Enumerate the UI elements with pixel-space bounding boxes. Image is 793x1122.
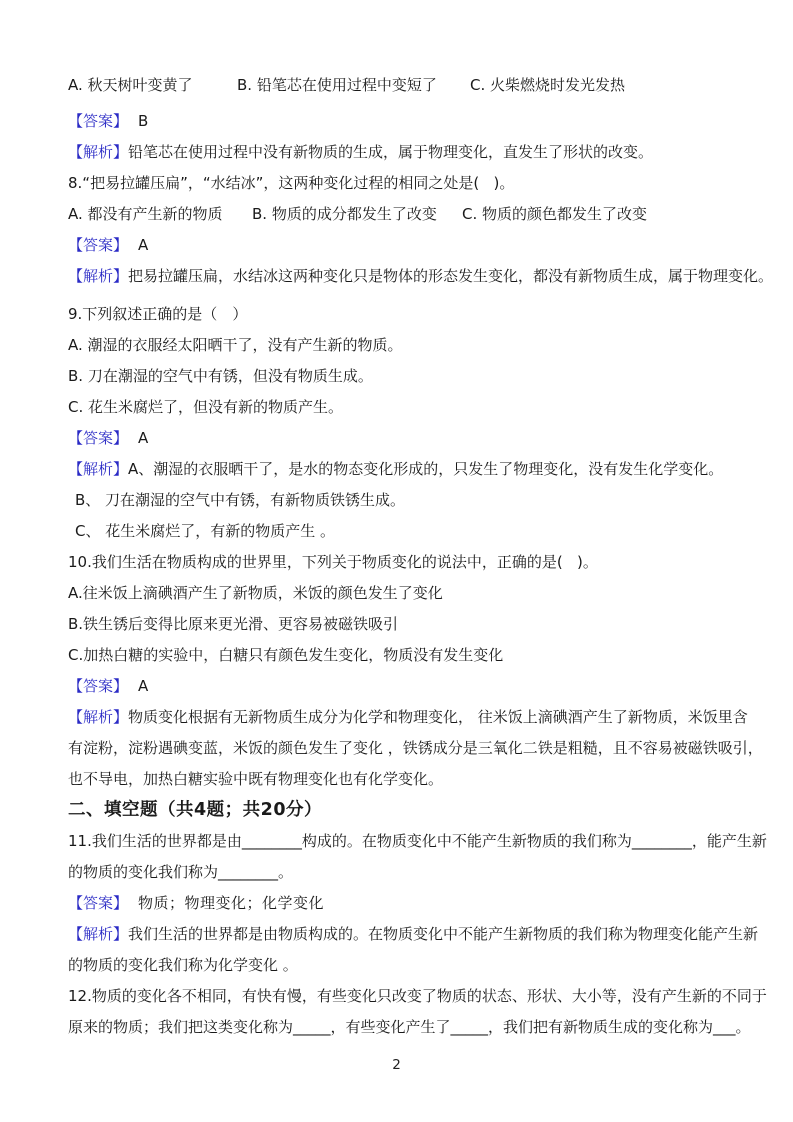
q9-option-c: C. 花生米腐烂了，但没有新的物质产生。 <box>68 392 793 423</box>
q9-stem: 9.下列叙述正确的是（ ） <box>68 299 793 330</box>
q9-analysis-text-a: A、潮湿的衣服晒干了，是水的物态变化形成的，只发生了物理变化，没有发生化学变化。 <box>128 460 723 478</box>
section2-heading: 二、填空题（共4题；共20分） <box>68 795 793 826</box>
q7-options-row: A. 秋天树叶变黄了 B. 铅笔芯在使用过程中变短了 C. 火柴燃烧时发光发热 <box>68 70 793 101</box>
q9-answer-value: A <box>138 429 149 447</box>
q9-analysis-line-a: 【解析】A、潮湿的衣服晒干了，是水的物态变化形成的，只发生了物理变化，没有发生化… <box>68 454 793 485</box>
q11-answer-label: 【答案】 <box>68 894 128 912</box>
q7-analysis-line: 【解析】铅笔芯在使用过程中没有新物质的生成，属于物理变化，直发生了形状的改变。 <box>68 137 793 168</box>
q10-option-a: A.往米饭上滴碘酒产生了新物质，米饭的颜色发生了变化 <box>68 578 793 609</box>
q8-answer-value: A <box>138 236 149 254</box>
q10-answer-label: 【答案】 <box>68 677 128 695</box>
q8-options-row: A. 都没有产生新的物质 B. 物质的成分都发生了改变 C. 物质的颜色都发生了… <box>68 199 793 230</box>
q8-analysis-line: 【解析】把易拉罐压扁，水结冰这两种变化只是物体的形态发生变化，都没有新物质生成，… <box>68 261 793 292</box>
q12-stem-line-1: 12.物质的变化各不相同，有快有慢，有些变化只改变了物质的状态、形状、大小等，没… <box>68 981 793 1012</box>
q9-analysis-line-c: C、 花生米腐烂了，有新的物质产生 。 <box>68 516 793 547</box>
q10-stem: 10.我们生活在物质构成的世界里，下列关于物质变化的说法中，正确的是( )。 <box>68 547 793 578</box>
q8-analysis-text: 把易拉罐压扁，水结冰这两种变化只是物体的形态发生变化，都没有新物质生成，属于物理… <box>128 267 773 285</box>
q11-analysis-line-2: 的物质的变化我们称为化学变化 。 <box>68 950 793 981</box>
q7-answer-label: 【答案】 <box>68 112 128 130</box>
q10-option-b: B.铁生锈后变得比原来更光滑、更容易被磁铁吸引 <box>68 609 793 640</box>
q9-answer-label: 【答案】 <box>68 429 128 447</box>
q9-analysis-label: 【解析】 <box>68 460 128 478</box>
q12-stem-line-2: 原来的物质；我们把这类变化称为_____，有些变化产生了_____，我们把有新物… <box>68 1012 793 1043</box>
q10-analysis-line-3: 也不导电，加热白糖实验中既有物理变化也有化学变化。 <box>68 764 793 795</box>
q9-option-b: B. 刀在潮湿的空气中有锈，但没有物质生成。 <box>68 361 793 392</box>
q8-answer-line: 【答案】A <box>68 230 793 261</box>
q11-analysis-label: 【解析】 <box>68 925 128 943</box>
q11-analysis-text-1: 我们生活的世界都是由物质构成的。在物质变化中不能产生新物质的我们称为物理变化能产… <box>128 925 758 943</box>
q9-analysis-line-b: B、 刀在潮湿的空气中有锈，有新物质铁锈生成。 <box>68 485 793 516</box>
q8-option-c: C. 物质的颜色都发生了改变 <box>462 199 647 230</box>
q10-analysis-text-1: 物质变化根据有无新物质生成分为化学和物理变化， 往米饭上滴碘酒产生了新物质，米饭… <box>128 708 748 726</box>
q7-option-b: B. 铅笔芯在使用过程中变短了 <box>237 70 470 101</box>
q8-option-b: B. 物质的成分都发生了改变 <box>252 199 462 230</box>
q7-option-a: A. 秋天树叶变黄了 <box>68 70 237 101</box>
q8-stem: 8.“把易拉罐压扁”，“水结冰”，这两种变化过程的相同之处是( )。 <box>68 168 793 199</box>
q7-analysis-text: 铅笔芯在使用过程中没有新物质的生成，属于物理变化，直发生了形状的改变。 <box>128 143 653 161</box>
q8-option-a: A. 都没有产生新的物质 <box>68 199 252 230</box>
q11-answer-value: 物质；物理变化；化学变化 <box>138 894 324 912</box>
q7-analysis-label: 【解析】 <box>68 143 128 161</box>
q9-answer-line: 【答案】A <box>68 423 793 454</box>
q7-option-c: C. 火柴燃烧时发光发热 <box>470 70 625 101</box>
q9-option-a: A. 潮湿的衣服经太阳晒干了，没有产生新的物质。 <box>68 330 793 361</box>
q10-analysis-line-1: 【解析】物质变化根据有无新物质生成分为化学和物理变化， 往米饭上滴碘酒产生了新物… <box>68 702 793 733</box>
q11-answer-line: 【答案】物质；物理变化；化学变化 <box>68 888 793 919</box>
q10-analysis-label: 【解析】 <box>68 708 128 726</box>
q11-stem-line-1: 11.我们生活的世界都是由________构成的。在物质变化中不能产生新物质的我… <box>68 826 793 857</box>
q10-answer-line: 【答案】A <box>68 671 793 702</box>
q10-answer-value: A <box>138 677 149 695</box>
q11-stem-line-2: 的物质的变化我们称为________。 <box>68 857 793 888</box>
q8-answer-label: 【答案】 <box>68 236 128 254</box>
q10-option-c: C.加热白糖的实验中，白糖只有颜色发生变化，物质没有发生变化 <box>68 640 793 671</box>
exam-document-page: A. 秋天树叶变黄了 B. 铅笔芯在使用过程中变短了 C. 火柴燃烧时发光发热 … <box>0 0 793 1073</box>
q8-analysis-label: 【解析】 <box>68 267 128 285</box>
page-number: 2 <box>68 1057 725 1073</box>
q7-answer-value: B <box>138 112 149 130</box>
q7-answer-line: 【答案】B <box>68 106 793 137</box>
q10-analysis-line-2: 有淀粉，淀粉遇碘变蓝，米饭的颜色发生了变化 ，铁锈成分是三氧化二铁是粗糙，且不容… <box>68 733 793 764</box>
q11-analysis-line-1: 【解析】我们生活的世界都是由物质构成的。在物质变化中不能产生新物质的我们称为物理… <box>68 919 793 950</box>
